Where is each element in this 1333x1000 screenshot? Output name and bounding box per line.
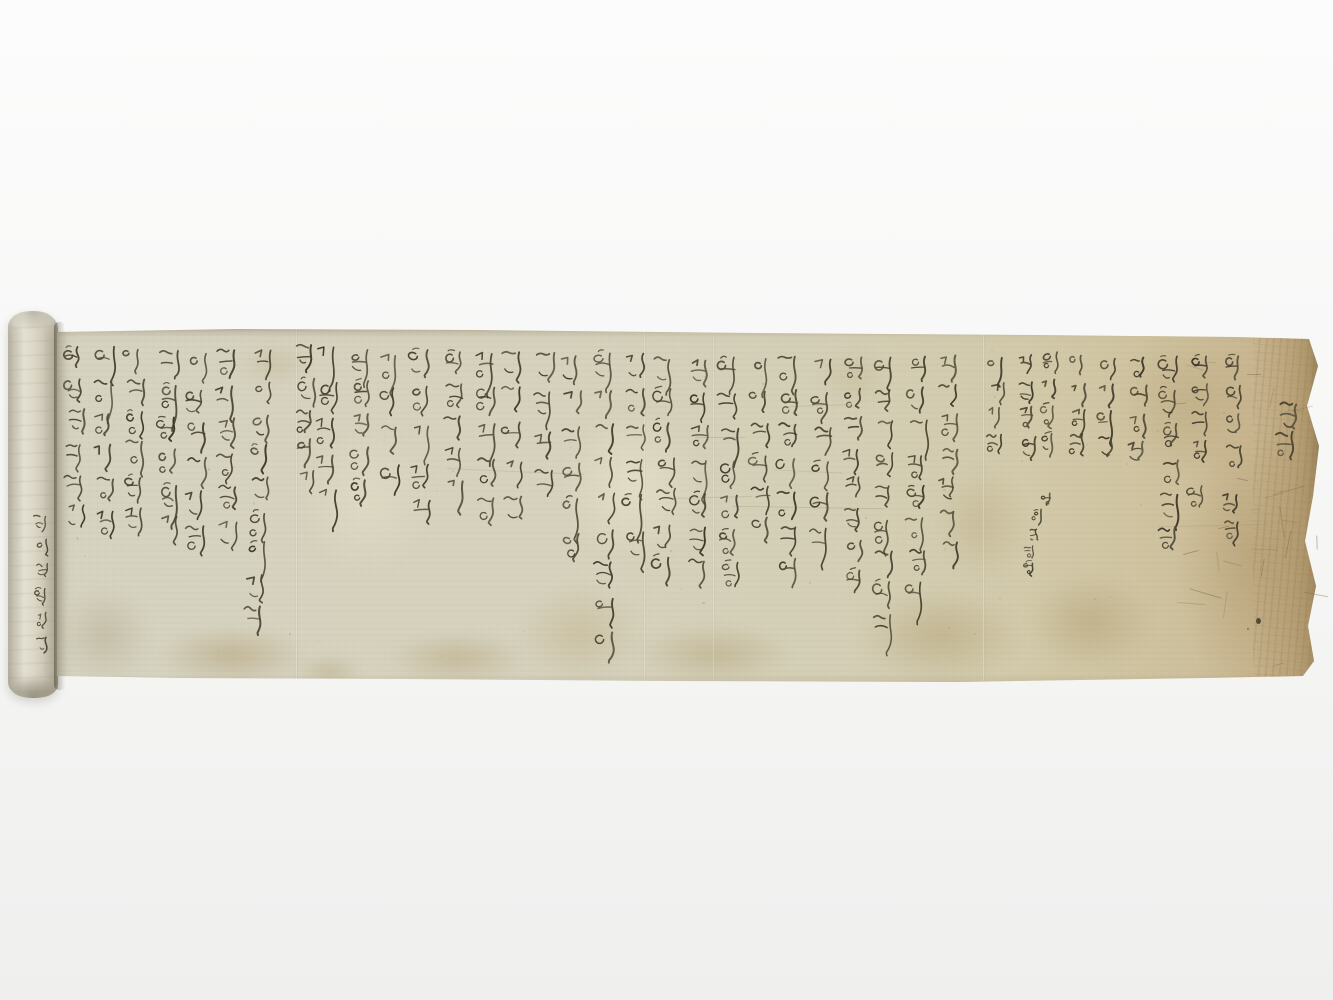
crack-line — [1316, 536, 1318, 550]
ink-speck — [1247, 628, 1249, 630]
scroll-roll — [8, 311, 58, 698]
roll-paper-texture — [10, 313, 56, 696]
ink-blot — [1256, 618, 1261, 624]
scroll-photo — [0, 0, 1333, 1000]
paper-edge-shading — [57, 326, 1319, 690]
paper-sheet — [57, 326, 1319, 690]
